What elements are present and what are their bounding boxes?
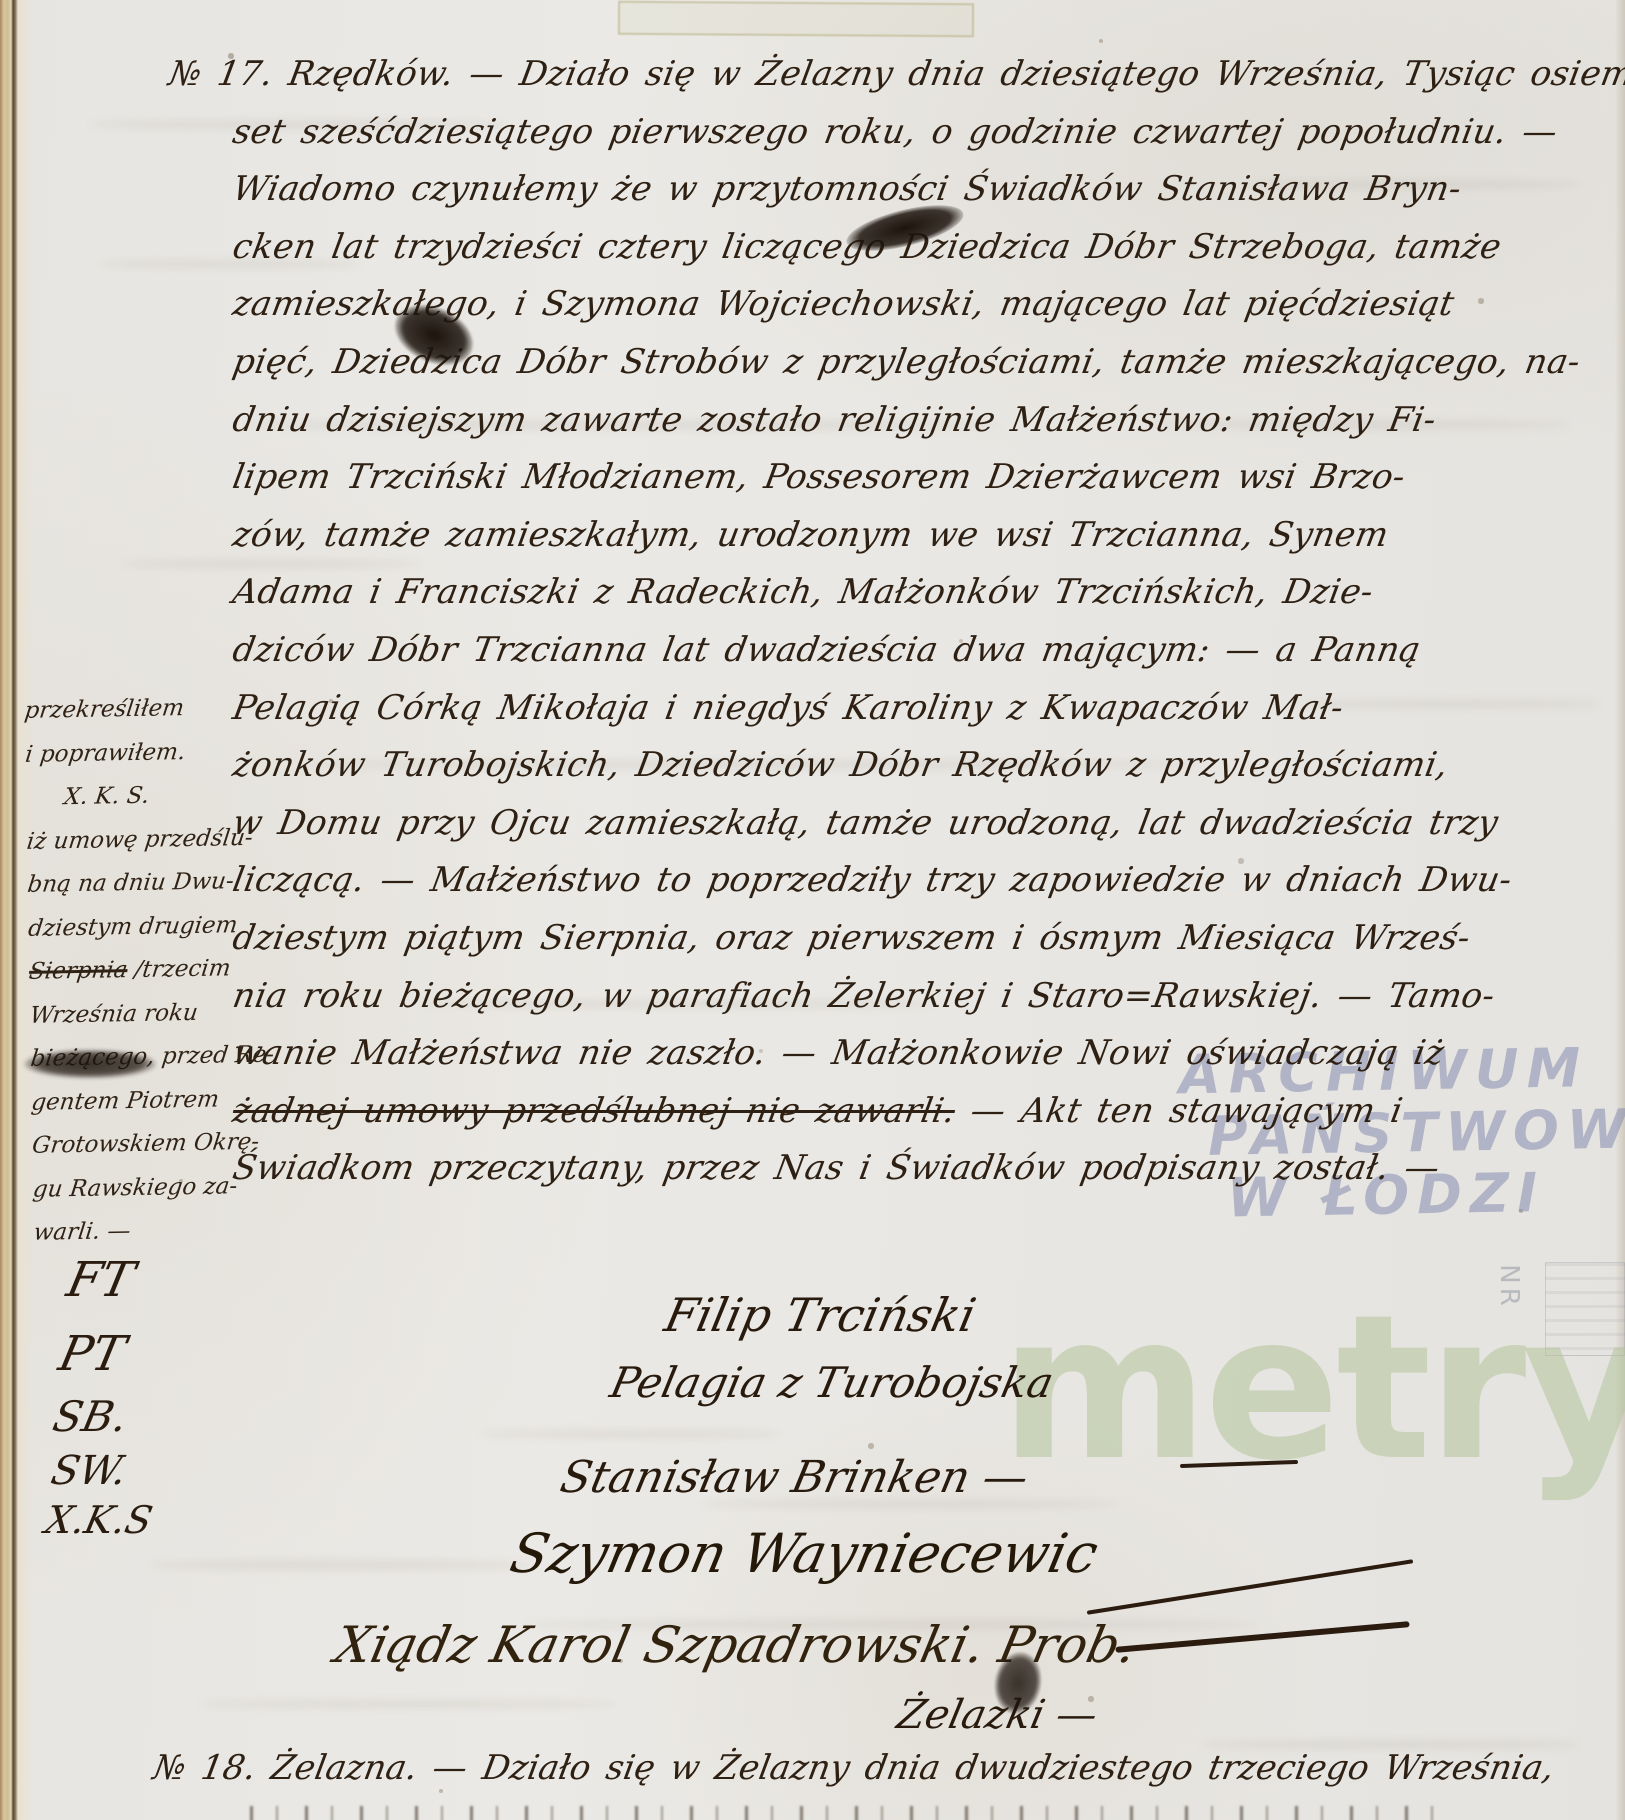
showthrough-streak <box>200 1700 620 1708</box>
act-text-line: set sześćdziesiątego pierwszego roku, o … <box>228 104 1625 162</box>
margin-note-line: iż umowę przedślu- <box>24 817 244 864</box>
margin-initial: SB. <box>49 1392 132 1441</box>
act-18-first-line: № 18. Żelazna. — Działo się w Żelazny dn… <box>150 1748 1557 1788</box>
act-text-line: dziestym piątym Sierpnia, oraz pierwszem… <box>228 910 1625 968</box>
margin-initial: SW. <box>47 1448 131 1494</box>
act-text-line: Pelagią Córką Mikołaja i niegdyś Karolin… <box>228 680 1625 738</box>
margin-note-line: bną na dniu Dwu- <box>25 860 245 907</box>
act-text-line: № 17. Rzędków. — Działo się w Żelazny dn… <box>164 46 1625 104</box>
margin-annotation: przekreśliłemi poprawiłem.X. K. S.iż umo… <box>21 686 246 1255</box>
pen-flourish <box>1087 1559 1414 1615</box>
signature: Filip Trciński <box>660 1288 981 1342</box>
act-text-line: wanie Małżeństwa nie zaszło. — Małżonkow… <box>228 1025 1625 1083</box>
site-watermark: metryki.gen <box>1000 1272 1625 1505</box>
act-text-line: liczącą. — Małżeństwo to poprzedziły trz… <box>228 852 1625 910</box>
act-text-line: zów, tamże zamieszkałym, urodzonym we ws… <box>228 507 1625 565</box>
register-page: ARCHIWUM PAŃSTWOWE W ŁODZI NR metryki.ge… <box>0 0 1625 1820</box>
act-text-line: Adama i Franciszki z Radeckich, Małżonkó… <box>228 564 1625 622</box>
act-text-line: nia roku bieżącego, w parafiach Żelerkie… <box>228 968 1625 1026</box>
signature: Szymon Wayniecewic <box>505 1522 1103 1585</box>
act-text-line: żadnej umowy przedślubnej nie zawarli. —… <box>228 1083 1625 1141</box>
signature: Pelagia z Turobojska <box>606 1358 1058 1407</box>
act-text-line: lipem Trzciński Młodzianem, Possesorem D… <box>228 449 1625 507</box>
signature: Stanisław Brinken — <box>556 1452 1033 1503</box>
margin-note-line: Grotowskiem Okrę- <box>29 1121 249 1168</box>
margin-note-line: Sierpnia /trzecim <box>26 947 246 994</box>
act-text-line: w Domu przy Ojcu zamieszkałą, tamże urod… <box>228 795 1625 853</box>
act-text-line: dziców Dóbr Trzcianna lat dwadzieścia dw… <box>228 622 1625 680</box>
act-text-line: dniu dzisiejszym zawarte zostało religij… <box>228 392 1625 450</box>
margin-note-line: gentem Piotrem <box>29 1078 249 1125</box>
foxing-dots <box>0 0 2 2</box>
margin-note-line: warli. — <box>31 1208 251 1255</box>
margin-note-line: przekreśliłem <box>22 686 242 733</box>
margin-note-line: i poprawiłem. <box>23 730 243 777</box>
partial-bottom-line <box>250 1806 1450 1820</box>
margin-initial: PT <box>54 1326 130 1382</box>
margin-note-line: Września roku <box>27 991 247 1038</box>
showthrough-streak <box>480 1430 780 1438</box>
faded-stamp-box <box>618 1 974 37</box>
margin-initial: X.K.S <box>41 1498 156 1542</box>
struck-text: Sierpnia <box>28 957 130 985</box>
act-text-line: żonków Turobojskich, Dziedziców Dóbr Rzę… <box>228 737 1625 795</box>
margin-note-line: gu Rawskiego za- <box>30 1164 250 1211</box>
struck-text: żadnej umowy przedślubnej nie zawarli. <box>230 1091 959 1131</box>
margin-note-line: X. K. S. <box>23 773 243 820</box>
ink-smudge <box>24 1050 156 1078</box>
showthrough-streak <box>150 1560 530 1570</box>
act-text-line: Świadkom przeczytany, przez Nas i Świadk… <box>228 1140 1625 1198</box>
margin-note-line: dziestym drugiem <box>26 904 246 951</box>
margin-initial: FT <box>62 1252 139 1308</box>
